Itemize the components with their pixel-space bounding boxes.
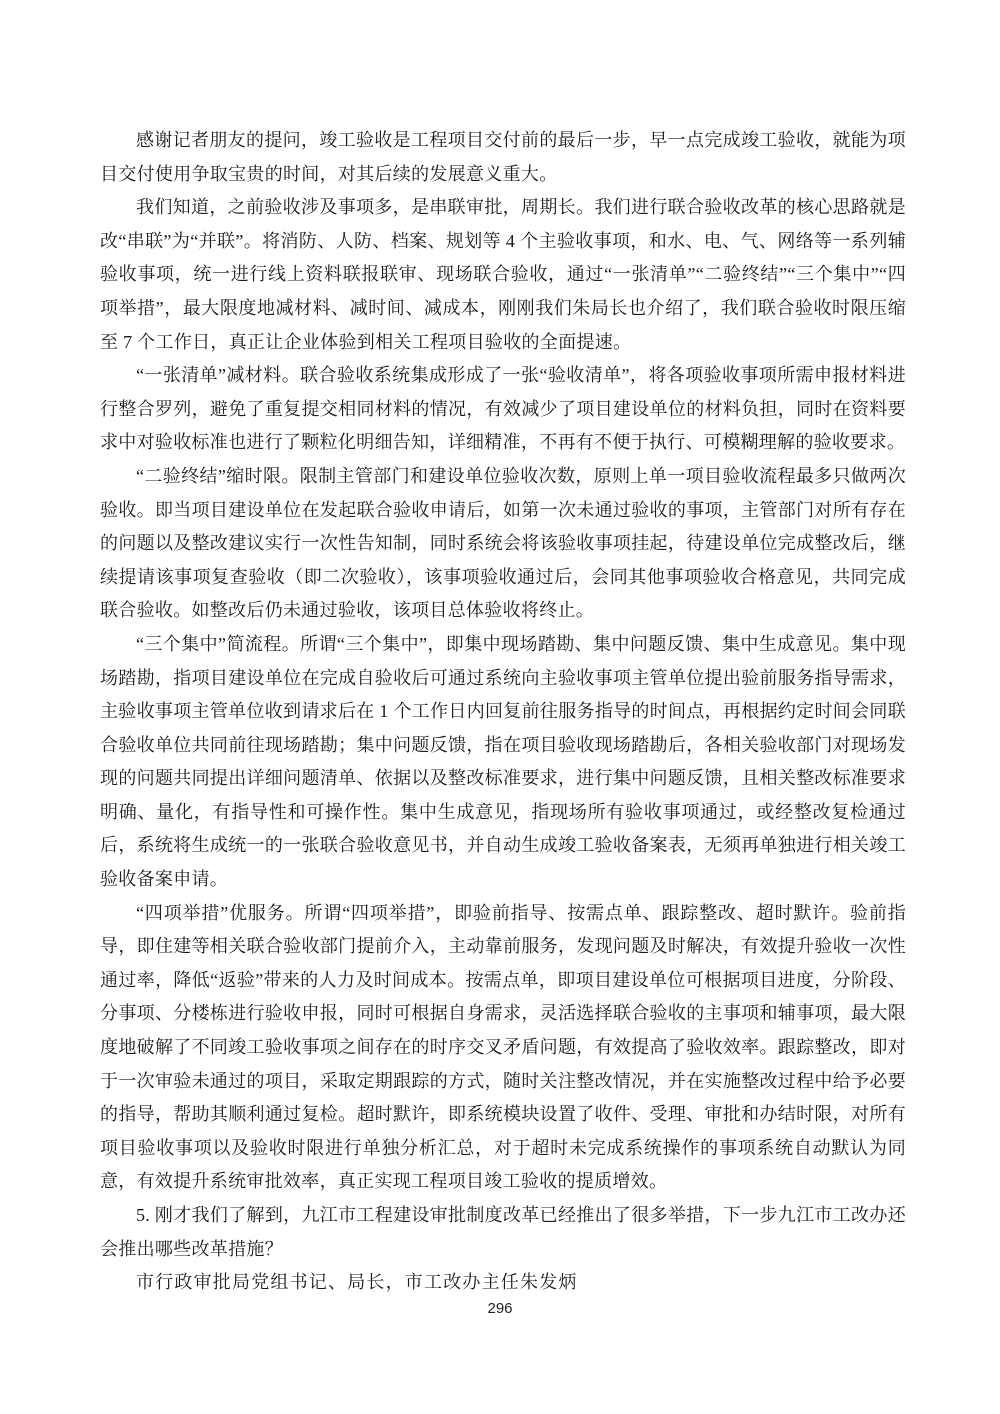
body-paragraph-two-inspections: “二验终结”缩时限。限制主管部门和建设单位验收次数，原则上单一项目验收流程最多只… xyxy=(100,460,906,628)
question-paragraph: 5. 刚才我们了解到，九江市工程建设审批制度改革已经推出了很多举措，下一步九江市… xyxy=(100,1199,906,1266)
body-paragraph-three-concentrations: “三个集中”简流程。所谓“三个集中”，即集中现场踏勘、集中问题反馈、集中生成意见… xyxy=(100,628,906,897)
document-page: 感谢记者朋友的提问，竣工验收是工程项目交付前的最后一步，早一点完成竣工验收，就能… xyxy=(0,0,1000,1414)
speaker-line: 市行政审批局党组书记、局长，市工改办主任朱发炳 xyxy=(100,1266,906,1300)
page-number: 296 xyxy=(0,1300,1000,1317)
body-paragraph-reform-overview: 我们知道，之前验收涉及事项多，是串联审批，周期长。我们进行联合验收改革的核心思路… xyxy=(100,191,906,359)
body-paragraph-intro: 感谢记者朋友的提问，竣工验收是工程项目交付前的最后一步，早一点完成竣工验收，就能… xyxy=(100,124,906,191)
body-paragraph-four-measures: “四项举措”优服务。所谓“四项举措”，即验前指导、按需点单、跟踪整改、超时默许。… xyxy=(100,897,906,1199)
text-block: 感谢记者朋友的提问，竣工验收是工程项目交付前的最后一步，早一点完成竣工验收，就能… xyxy=(100,124,906,1300)
body-paragraph-one-list: “一张清单”减材料。联合验收系统集成形成了一张“验收清单”，将各项验收事项所需申… xyxy=(100,359,906,460)
